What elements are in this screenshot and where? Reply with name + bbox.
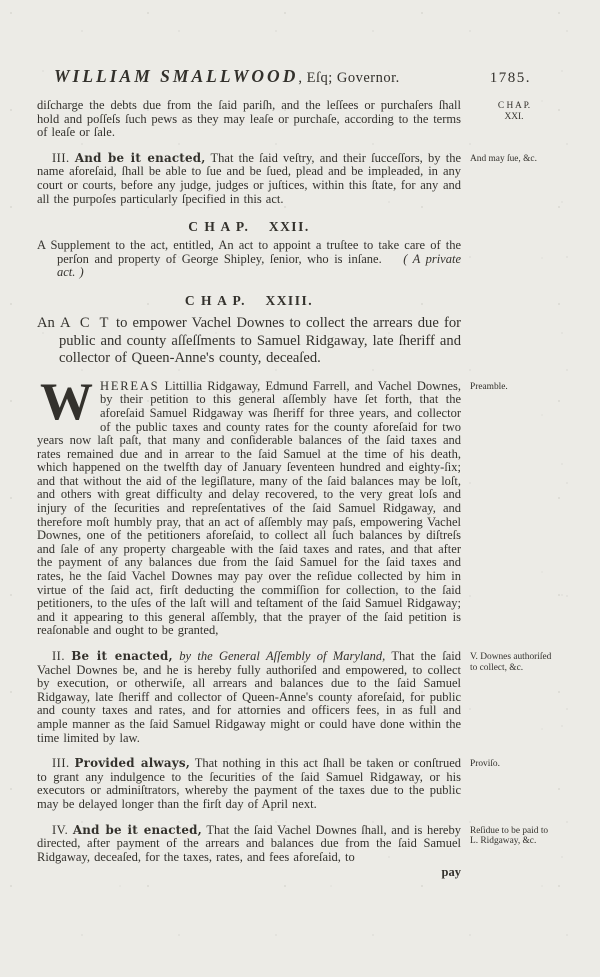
proviso-words: Provided always, — [75, 756, 191, 770]
margin-note-residue: Reſidue to be paid to L. Ridgaway, &c. — [470, 826, 554, 848]
section-body-text: That the ſaid Vachel Downes be, and he i… — [37, 649, 461, 745]
act-word: A C T — [60, 315, 111, 331]
section-iii-prior-act: III. And be it enacted, That the ſaid ve… — [37, 152, 461, 206]
text-column: diſcharge the debts due from the ſaid pa… — [37, 99, 461, 880]
paragraph-parish-pews-text: diſcharge the debts due from the ſaid pa… — [37, 98, 461, 139]
enacting-words: Be it enacted, — [71, 649, 173, 663]
preamble-paragraph: WHEREAS Littillia Ridgaway, Edmund Farre… — [37, 380, 461, 638]
chapter-xxii-heading: C H A P. XXII. — [37, 219, 461, 235]
margin-note-chap-xxi: C H A P. XXI. — [485, 101, 543, 123]
drop-cap-w: W — [37, 380, 100, 421]
act-title-rest: to empower Vachel Downes to collect the … — [59, 315, 461, 366]
catchword: pay — [442, 865, 461, 879]
preamble-body-text: Littillia Ridgaway, Edmund Farrell, and … — [37, 379, 461, 638]
enacting-words: And be it enacted, — [75, 151, 206, 165]
section-number: IV. — [52, 823, 68, 837]
margin-note-may-sue: And may ſue, &c. — [470, 154, 554, 165]
margin-note-chap-line: C H A P. — [485, 101, 543, 112]
margin-note-downes-authorised: V. Downes authoriſed to collect, &c. — [470, 652, 554, 674]
enacting-words: And be it enacted, — [73, 823, 202, 837]
running-title: WILLIAM SMALLWOOD, Eſq; Governor. — [54, 66, 400, 87]
supplement-title-text: A Supplement to the act, entitled, An ac… — [37, 238, 461, 266]
section-iii-proviso: III. Provided always, That nothing in th… — [37, 757, 461, 811]
act-title-pre: An — [37, 315, 60, 331]
governor-name: WILLIAM SMALLWOOD — [54, 66, 298, 86]
page-header: WILLIAM SMALLWOOD, Eſq; Governor. 1785. — [37, 66, 531, 87]
section-number: III. — [52, 756, 70, 770]
section-number: II. — [52, 649, 65, 663]
governor-suffix: , Eſq; Governor. — [298, 70, 399, 86]
section-number: III. — [52, 151, 70, 165]
document-page: WILLIAM SMALLWOOD, Eſq; Governor. 1785. … — [0, 0, 600, 977]
catchword-row: pay — [37, 865, 461, 880]
margin-note-chap-num: XXI. — [485, 112, 543, 123]
chapter-xxii-title: A Supplement to the act, entitled, An ac… — [37, 239, 461, 280]
year-label: 1785. — [490, 70, 531, 87]
act-title: An A C T to empower Vachel Downes to col… — [37, 315, 461, 368]
assembly-clause: by the General Aſſembly of Maryland, — [179, 649, 385, 663]
section-ii: II. Be it enacted, by the General Aſſemb… — [37, 650, 461, 745]
margin-note-proviso: Proviſo. — [470, 759, 554, 770]
chapter-xxiii-heading: C H A P. XXIII. — [37, 293, 461, 309]
paragraph-parish-pews: diſcharge the debts due from the ſaid pa… — [37, 99, 461, 140]
preamble-lead-caps: HEREAS — [100, 379, 159, 393]
margin-note-preamble: Preamble. — [470, 382, 554, 393]
section-iv: IV. And be it enacted, That the ſaid Vac… — [37, 824, 461, 865]
